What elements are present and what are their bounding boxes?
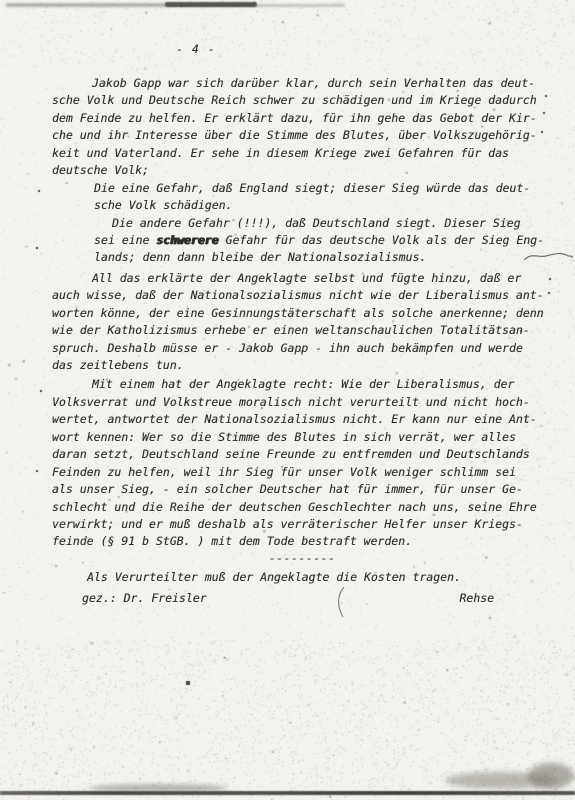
scan-smudge-top-dark — [165, 2, 257, 7]
text-line: wort kennen: Wer so die Stimme des Blute… — [52, 429, 552, 446]
text-line: wertet, antwortet der Nationalsozialismu… — [52, 411, 552, 428]
signature-left: gez.: Dr. Freisler — [82, 590, 207, 607]
text-line: lands; denn dann bleibe der Nationalsozi… — [94, 249, 552, 266]
overstruck-word: schwerere — [156, 233, 218, 247]
scan-blob-corner — [528, 763, 574, 789]
text-segment: Gefahr für das deutsche Volk als der Sie… — [219, 233, 544, 247]
text-line: Volksverrat und Volkstreue moralisch nic… — [52, 394, 552, 411]
text-line: sche Volk schädigen. — [94, 197, 552, 214]
text-line: dem Feinde zu helfen. Er erklärt dazu, f… — [52, 110, 552, 127]
signature-row: gez.: Dr. Freisler Rehse — [52, 590, 552, 607]
text-line: Die eine Gefahr, daß England siegt; dies… — [94, 180, 552, 197]
text-line: auch wisse, daß der Nationalsozialismus … — [52, 287, 552, 304]
scan-blob-bottom-left — [88, 784, 228, 792]
scan-blob-bottom-right — [445, 772, 557, 789]
page-number: - 4 - — [176, 42, 216, 56]
text-line: All das erklärte der Angeklagte selbst u… — [52, 270, 552, 287]
text-line: sche Volk und Deutsche Reich schwer zu s… — [52, 92, 552, 109]
text-line: feinde (§ 91 b StGB. ) mit dem Tode best… — [52, 533, 552, 550]
text-line: schlecht und die Reihe der deutschen Ges… — [52, 499, 552, 516]
text-line: spruch. Deshalb müsse er - Jakob Gapp - … — [52, 340, 552, 357]
paragraph-intro: Jakob Gapp war sich darüber klar, durch … — [52, 75, 552, 180]
paragraph-verdict: Mit einem hat der Angeklagte recht: Wie … — [52, 376, 552, 550]
scan-smudge-top-light — [255, 4, 345, 7]
text-line: che und ihr Interesse über die Stimme de… — [52, 127, 552, 144]
costs-line: Als Verurteilter muß der Angeklagte die … — [52, 569, 552, 586]
text-line: Die andere Gefahr (!!!), daß Deutschland… — [94, 215, 552, 232]
text-line: Jakob Gapp war sich darüber klar, durch … — [52, 75, 552, 92]
scan-edge-bottom — [0, 791, 575, 795]
signature-right: Rehse — [459, 590, 494, 607]
text-segment: sei eine — [94, 233, 156, 247]
text-line: worten könne, der eine Gesinnungstätersc… — [52, 305, 552, 322]
scanned-document-page: - 4 - Jakob Gapp war sich darüber klar, … — [0, 0, 575, 800]
text-line: verwirkt; und er muß deshalb als verräte… — [52, 516, 552, 533]
document-body: Jakob Gapp war sich darüber klar, durch … — [52, 75, 552, 608]
scan-smudge-top — [6, 3, 256, 7]
text-line: als unser Sieg, - ein solcher Deutscher … — [52, 481, 552, 498]
text-line: das zeitlebens tun. — [52, 357, 552, 374]
text-line: deutsche Volk; — [52, 162, 552, 179]
text-line: keit und Vaterland. Er sehe in diesem Kr… — [52, 145, 552, 162]
text-line: sei eine schwerere Gefahr für das deutsc… — [94, 232, 552, 249]
text-line: wie der Katholizismus erhebe er einen we… — [52, 322, 552, 339]
text-line: Feinden zu helfen, weil ihr Sieg für uns… — [52, 464, 552, 481]
quote-germany-danger: Die andere Gefahr (!!!), daß Deutschland… — [94, 215, 552, 267]
section-divider: --------- — [52, 553, 552, 566]
text-line: Mit einem hat der Angeklagte recht: Wie … — [52, 376, 552, 393]
text-line: daran setzt, Deutschland seine Freunde z… — [52, 446, 552, 463]
paragraph-declaration: All das erklärte der Angeklagte selbst u… — [52, 270, 552, 375]
quote-england-danger: Die eine Gefahr, daß England siegt; dies… — [94, 180, 552, 215]
